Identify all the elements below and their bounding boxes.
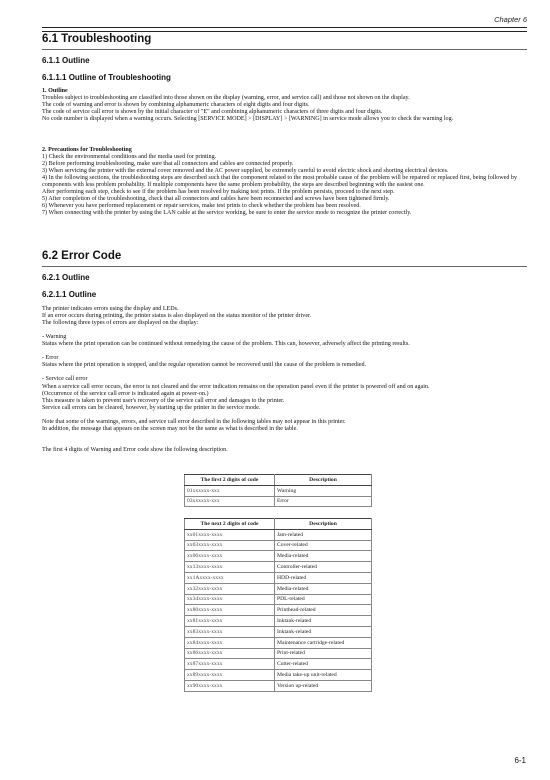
code-cell: xx90xxxx-xxxx [185,680,275,691]
error-desc: Status where the print operation is stop… [42,362,528,369]
code-cell: xx81xxxx-xxxx [185,616,275,627]
service-call-line: This measure is taken to prevent user's … [42,398,528,405]
precaution-line: 7) When connecting with the printer by u… [42,210,528,217]
table-row: xx87xxxx-xxxxCutter-related [185,659,372,670]
section-6-1-1-1-title: 6.1.1.1 Outline of Troubleshooting [42,73,171,82]
service-call-line: (Occurrence of the service call error is… [42,391,528,398]
section-rule [42,49,527,50]
description-cell: Media take-up unit-related [275,670,372,681]
page-number: 6-1 [514,756,526,765]
code-cell: xx03xxxx-xxxx [185,540,275,551]
description-cell: Controller-related [275,562,372,573]
outline-line: No code number is displayed when a warni… [42,116,528,123]
table-row: xx03xxxx-xxxxCover-related [185,540,372,551]
description-cell: Error [275,496,372,507]
precaution-line: 4) In the following sections, the troubl… [42,175,528,189]
code-cell: xx80xxxx-xxxx [185,605,275,616]
description-cell: Printhead-related [275,605,372,616]
code-cell: xx32xxxx-xxxx [185,583,275,594]
table-row: xx89xxxx-xxxxMedia take-up unit-related [185,670,372,681]
col-header-code: The first 2 digits of code [185,475,275,486]
chapter-label: Chapter 6 [494,15,527,24]
table-row: xx81xxxx-xxxxInktank-related [185,616,372,627]
description-cell: PDL-related [275,594,372,605]
col-header-description: Description [275,475,372,486]
code-cell: xx1Axxxx-xxxx [185,572,275,583]
precautions-heading: 2. Precautions for Troubleshooting [42,147,528,154]
table-row: xx01xxxx-xxxxJam-related [185,529,372,540]
error-outline-block: The printer indicates errors using the d… [42,306,528,454]
table-row: xx34xxxx-xxxxPDL-related [185,594,372,605]
table-row: 01xxxxxx-xxxWarning [185,485,372,496]
description-cell: Jam-related [275,529,372,540]
section-rule [42,266,527,267]
description-cell: Inktank-related [275,626,372,637]
outline-line: The code of service call error is shown … [42,109,528,116]
intro-line: The following three types of errors are … [42,320,528,327]
service-call-label: - Service call error [42,376,528,383]
table-row: xx06xxxx-xxxxMedia-related [185,551,372,562]
first-digits-table: The first 2 digits of code Description 0… [184,474,372,507]
description-cell: Media-related [275,551,372,562]
code-cell: xx01xxxx-xxxx [185,529,275,540]
note-line: In addition, the message that appears on… [42,426,528,433]
first4-line: The first 4 digits of Warning and Error … [42,447,528,454]
section-6-2-title: 6.2 Error Code [42,250,121,262]
table-row: xx13xxxx-xxxxController-related [185,562,372,573]
code-cell: 01xxxxxx-xxx [185,485,275,496]
code-cell: xx83xxxx-xxxx [185,626,275,637]
description-cell: Maintenance cartridge-related [275,637,372,648]
col-header-code: The next 2 digits of code [185,519,275,530]
section-6-2-1-1-title: 6.2.1.1 Outline [42,290,96,299]
code-cell: xx86xxxx-xxxx [185,648,275,659]
section-6-1-1-title: 6.1.1 Outline [42,56,90,65]
table-row: xx1Axxxx-xxxxHDD-related [185,572,372,583]
code-cell: xx34xxxx-xxxx [185,594,275,605]
description-cell: Version up-related [275,680,372,691]
note-line: Note that some of the warnings, errors, … [42,419,528,426]
service-call-line: When a service call error occurs, the er… [42,384,528,391]
outline-heading: 1. Outline [42,88,528,95]
description-cell: Cutter-related [275,659,372,670]
description-cell: Inktank-related [275,616,372,627]
table-row: xx84xxxx-xxxxMaintenance cartridge-relat… [185,637,372,648]
table-row: xx80xxxx-xxxxPrinthead-related [185,605,372,616]
table-row: 03xxxxxx-xxxError [185,496,372,507]
service-call-line: Service call errors can be cleared, howe… [42,405,528,412]
precautions-block: 2. Precautions for Troubleshooting 1) Ch… [42,147,528,217]
section-6-1-title: 6.1 Troubleshooting [42,33,151,45]
description-cell: Print-related [275,648,372,659]
table-row: xx32xxxx-xxxxMedia-related [185,583,372,594]
description-cell: HDD-related [275,572,372,583]
section-6-2-1-title: 6.2.1 Outline [42,273,90,282]
code-cell: xx13xxxx-xxxx [185,562,275,573]
description-cell: Media-related [275,583,372,594]
table-row: xx86xxxx-xxxxPrint-related [185,648,372,659]
description-cell: Cover-related [275,540,372,551]
intro-line: The printer indicates errors using the d… [42,306,528,313]
code-cell: xx84xxxx-xxxx [185,637,275,648]
next-digits-table: The next 2 digits of code Description xx… [184,518,372,692]
col-header-description: Description [275,519,372,530]
table-row: xx90xxxx-xxxxVersion up-related [185,680,372,691]
warning-desc: Status where the print operation can be … [42,341,528,348]
code-cell: 03xxxxxx-xxx [185,496,275,507]
table-row: xx83xxxx-xxxxInktank-related [185,626,372,637]
header-rule [42,27,527,32]
outline-block: 1. Outline Troubles subject to troublesh… [42,88,528,123]
code-cell: xx89xxxx-xxxx [185,670,275,681]
description-cell: Warning [275,485,372,496]
code-cell: xx87xxxx-xxxx [185,659,275,670]
code-cell: xx06xxxx-xxxx [185,551,275,562]
